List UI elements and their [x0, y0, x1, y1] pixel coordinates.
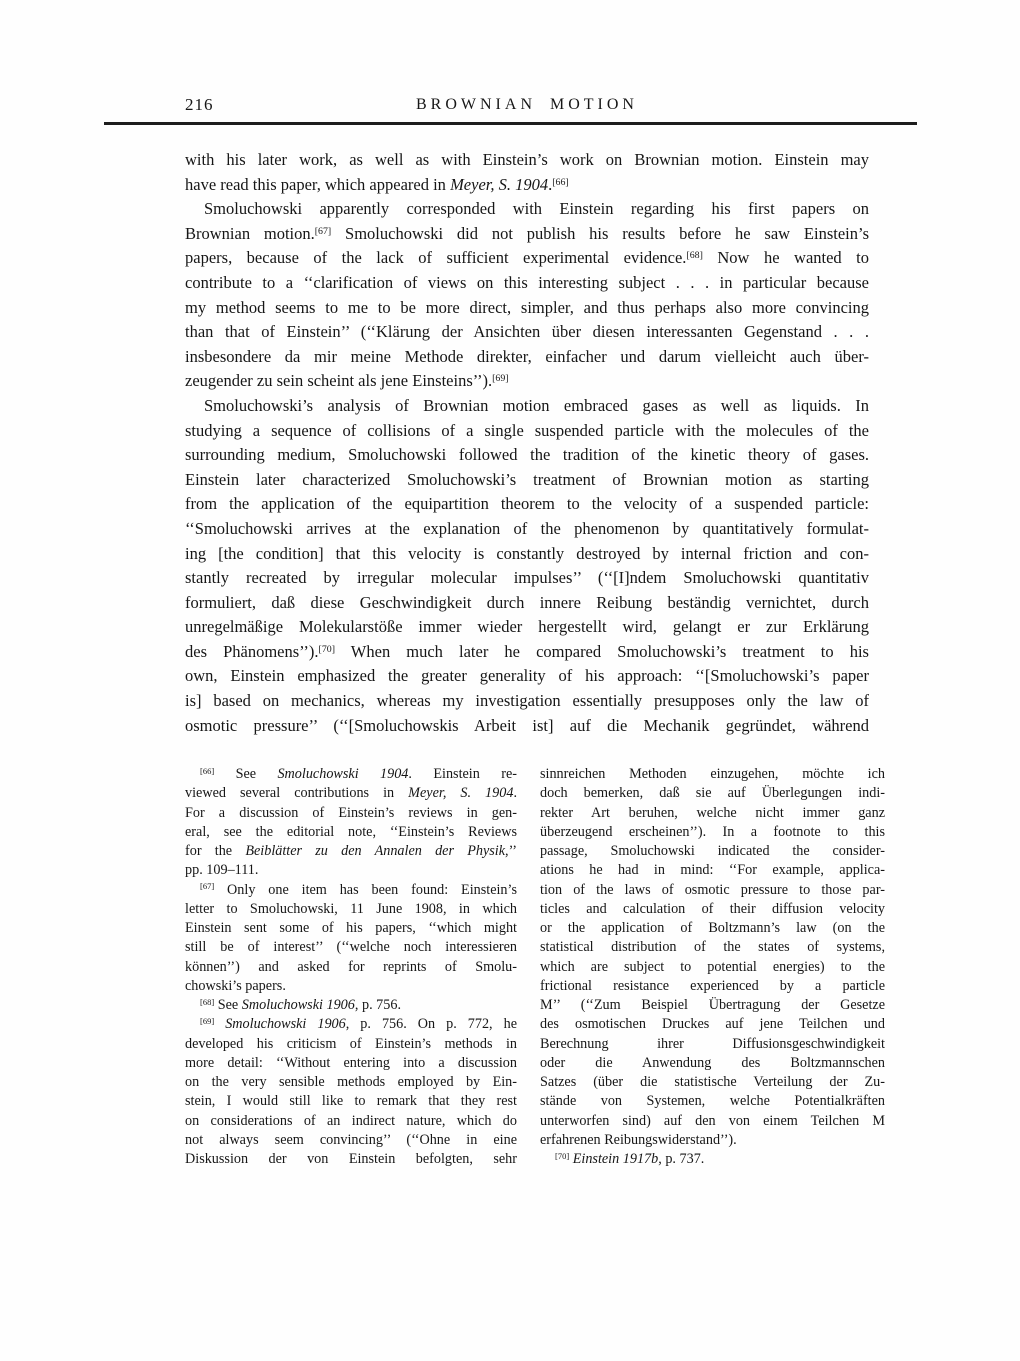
text-segment: überzeugend erscheinen’’). In a footnote… — [540, 824, 885, 840]
text-line: erfahrenen Reibungswiderstand’’). — [540, 1131, 885, 1150]
text-segment: , p. 737. — [658, 1151, 704, 1167]
text-segment: sinnreichen Methoden einzugehen, möchte … — [540, 766, 885, 782]
text-line: Einstein sent some of his papers, ‘‘whic… — [185, 919, 517, 938]
text-line: passage, Smoluchowski indicated the cons… — [540, 842, 885, 861]
text-line: on considerations of an indirect nature,… — [185, 1112, 517, 1131]
book-page: 216 BROWNIAN MOTION with his later work,… — [0, 0, 1020, 1361]
text-segment: When much later he compared Smoluchowski… — [335, 642, 869, 661]
text-segment: Diskussion der von Einstein befolgten, s… — [185, 1151, 517, 1167]
text-segment: not always seem convincing’’ (‘‘Ohne in … — [185, 1132, 517, 1148]
text-segment: erfahrenen Reibungswiderstand’’). — [540, 1132, 737, 1148]
text-segment: from the application of the equipartitio… — [185, 494, 869, 513]
text-line: viewed several contributions in Meyer, S… — [185, 784, 517, 803]
text-line: For a discussion of Einstein’s reviews i… — [185, 804, 517, 823]
text-line: Smoluchowski’s analysis of Brownian moti… — [185, 394, 869, 419]
text-segment: , p. 756. On p. 772, he — [346, 1016, 517, 1032]
text-segment: Smoluchowski apparently corresponded wit… — [204, 199, 869, 218]
paragraph: Smoluchowski’s analysis of Brownian moti… — [185, 394, 869, 738]
text-segment: with his later work, as well as with Ein… — [185, 150, 869, 169]
text-segment: M’’ (‘‘Zum Beispiel Übertragung der Gese… — [540, 997, 885, 1013]
text-line: pp. 109–111. — [185, 861, 517, 880]
header-rule — [104, 122, 917, 125]
text-line: ing [the condition] that this velocity i… — [185, 542, 869, 567]
text-segment: , p. 756. — [355, 997, 401, 1013]
text-line: than that of Einstein’’ (‘‘Klärung der A… — [185, 320, 869, 345]
text-segment: stein, I would still like to remark that… — [185, 1093, 517, 1109]
text-segment: studying a sequence of collisions of a s… — [185, 421, 869, 440]
text-segment: Einstein sent some of his papers, ‘‘whic… — [185, 920, 517, 936]
text-segment: still be of interest’’ (‘‘welche noch in… — [185, 939, 517, 955]
text-line: frictional resistance experienced by a p… — [540, 977, 885, 996]
text-line: doch bemerken, daß sie auf Überlegungen … — [540, 784, 885, 803]
text-segment: For a discussion of Einstein’s reviews i… — [185, 805, 517, 821]
footnote-marker: [70] — [319, 644, 335, 655]
text-segment: surrounding medium, Smoluchowski followe… — [185, 445, 869, 464]
text-line: osmotic pressure’’ (‘‘[Smoluchowskis Arb… — [185, 714, 869, 739]
text-segment: developed his criticism of Einstein’s me… — [185, 1036, 517, 1052]
text-segment: have read this paper, which appeared in — [185, 175, 450, 194]
text-line: still be of interest’’ (‘‘welche noch in… — [185, 938, 517, 957]
text-line: contribute to a ‘‘clarification of views… — [185, 271, 869, 296]
text-segment: See — [214, 997, 242, 1013]
text-line: ticles and calculation of their diffusio… — [540, 900, 885, 919]
text-line: [68] See Smoluchowski 1906, p. 756. — [185, 996, 517, 1015]
text-segment: own, Einstein emphasized the greater gen… — [185, 666, 869, 685]
footnote-column-left: [66] See Smoluchowski 1904. Einstein re-… — [185, 765, 517, 1169]
text-segment: Only one item has been found: Einstein’s — [214, 882, 517, 898]
text-segment: on considerations of an indirect nature,… — [185, 1113, 517, 1129]
text-segment: können’’) and asked for reprints of Smol… — [185, 959, 517, 975]
footnote-marker: [70] — [555, 1151, 569, 1161]
text-line: ‘‘Smoluchowski arrives at the explanatio… — [185, 517, 869, 542]
text-segment: Smoluchowski’s analysis of Brownian moti… — [204, 396, 869, 415]
text-line: papers, because of the lack of sufficien… — [185, 246, 869, 271]
text-line: Einstein later characterized Smoluchowsk… — [185, 468, 869, 493]
italic-citation: Einstein 1917b — [573, 1151, 659, 1167]
text-segment: papers, because of the lack of sufficien… — [185, 248, 686, 267]
text-segment: doch bemerken, daß sie auf Überlegungen … — [540, 785, 885, 801]
text-segment: oder die Anwendung des Boltzmannschen — [540, 1055, 885, 1071]
text-line: unregelmäßige Molekularstöße immer wiede… — [185, 615, 869, 640]
text-segment: ations he had in mind: ‘‘For example, ap… — [540, 862, 885, 878]
text-line: own, Einstein emphasized the greater gen… — [185, 664, 869, 689]
text-segment: Berechnung ihrer Diffusionsgeschwindigke… — [540, 1036, 885, 1052]
footnote-column-right: sinnreichen Methoden einzugehen, möchte … — [540, 765, 885, 1169]
text-line: stantly recreated by irregular molecular… — [185, 566, 869, 591]
text-line: developed his criticism of Einstein’s me… — [185, 1035, 517, 1054]
text-line: not always seem convincing’’ (‘‘Ohne in … — [185, 1131, 517, 1150]
text-segment: zeugender zu sein scheint als jene Einst… — [185, 371, 492, 390]
text-segment: chowski’s papers. — [185, 978, 286, 994]
text-line: stein, I would still like to remark that… — [185, 1092, 517, 1111]
text-line: more detail: ‘‘Without entering into a d… — [185, 1054, 517, 1073]
text-line: my method seems to me to be more direct,… — [185, 296, 869, 321]
text-line: tion of the laws of osmotic pressure to … — [540, 881, 885, 900]
text-segment: passage, Smoluchowski indicated the cons… — [540, 843, 885, 859]
text-line: [66] See Smoluchowski 1904. Einstein re- — [185, 765, 517, 784]
text-segment: letter to Smoluchowski, 11 June 1908, in… — [185, 901, 517, 917]
paragraph: Smoluchowski apparently corresponded wit… — [185, 197, 869, 394]
text-line: Berechnung ihrer Diffusionsgeschwindigke… — [540, 1035, 885, 1054]
footnote-marker: [69] — [492, 373, 508, 384]
text-segment: des Phänomens’’). — [185, 642, 319, 661]
footnote-marker: [67] — [200, 881, 214, 891]
text-segment: ,’’ — [505, 843, 517, 859]
text-segment: which are subject to potential energies)… — [540, 959, 885, 975]
text-line: [67] Only one item has been found: Einst… — [185, 881, 517, 900]
text-segment: formuliert, daß diese Geschwindigkeit du… — [185, 593, 869, 612]
text-segment: . — [513, 785, 517, 801]
text-segment: des osmotischen Druckes auf jene Teilche… — [540, 1016, 885, 1032]
text-segment: pp. 109–111. — [185, 862, 258, 878]
text-segment: is] based on mechanics, whereas my inves… — [185, 691, 869, 710]
text-line: Diskussion der von Einstein befolgten, s… — [185, 1150, 517, 1169]
text-segment: viewed several contributions in — [185, 785, 408, 801]
text-line: überzeugend erscheinen’’). In a footnote… — [540, 823, 885, 842]
text-segment — [214, 1016, 225, 1032]
text-segment: stände von Systemen, welche Potentialkrä… — [540, 1093, 885, 1109]
text-line: eral, see the editorial note, ‘‘Einstein… — [185, 823, 517, 842]
text-segment: Now he wanted to — [703, 248, 869, 267]
text-line: rekter Art beruhen, welche nicht immer g… — [540, 804, 885, 823]
text-segment: contribute to a ‘‘clarification of views… — [185, 273, 869, 292]
text-segment: more detail: ‘‘Without entering into a d… — [185, 1055, 517, 1071]
italic-citation: Meyer, S. 1904 — [450, 175, 548, 194]
text-segment: stantly recreated by irregular molecular… — [185, 568, 869, 587]
text-line: formuliert, daß diese Geschwindigkeit du… — [185, 591, 869, 616]
text-line: M’’ (‘‘Zum Beispiel Übertragung der Gese… — [540, 996, 885, 1015]
italic-citation: Smoluchowski 1906 — [242, 997, 355, 1013]
text-segment: eral, see the editorial note, ‘‘Einstein… — [185, 824, 517, 840]
footnote-marker: [67] — [315, 226, 331, 237]
text-segment: than that of Einstein’’ (‘‘Klärung der A… — [185, 322, 869, 341]
text-segment: rekter Art beruhen, welche nicht immer g… — [540, 805, 885, 821]
text-line: oder die Anwendung des Boltzmannschen — [540, 1054, 885, 1073]
text-line: des Phänomens’’).[70] When much later he… — [185, 640, 869, 665]
text-line: zeugender zu sein scheint als jene Einst… — [185, 369, 869, 394]
text-segment: on the very sensible methods employed by… — [185, 1074, 517, 1090]
footnote-marker: [68] — [200, 997, 214, 1007]
text-line: stände von Systemen, welche Potentialkrä… — [540, 1092, 885, 1111]
running-head: BROWNIAN MOTION — [185, 96, 869, 114]
italic-citation: Beiblätter zu den Annalen der Physik — [245, 843, 505, 859]
text-segment: statistical distribution of the states o… — [540, 939, 885, 955]
text-segment: frictional resistance experienced by a p… — [540, 978, 885, 994]
text-segment: for the — [185, 843, 245, 859]
text-segment: osmotic pressure’’ (‘‘[Smoluchowskis Arb… — [185, 716, 869, 735]
footnote-marker: [66] — [552, 177, 568, 188]
text-segment: Einstein later characterized Smoluchowsk… — [185, 470, 869, 489]
text-line: chowski’s papers. — [185, 977, 517, 996]
italic-citation: Smoluchowski 1904 — [277, 766, 408, 782]
text-segment: insbesondere da mir meine Methode direkt… — [185, 347, 869, 366]
text-line: with his later work, as well as with Ein… — [185, 148, 869, 173]
text-line: [69] Smoluchowski 1906, p. 756. On p. 77… — [185, 1015, 517, 1034]
text-line: ations he had in mind: ‘‘For example, ap… — [540, 861, 885, 880]
text-segment: my method seems to me to be more direct,… — [185, 298, 869, 317]
text-segment: tion of the laws of osmotic pressure to … — [540, 882, 885, 898]
text-line: from the application of the equipartitio… — [185, 492, 869, 517]
italic-citation: Smoluchowski 1906 — [225, 1016, 346, 1032]
text-line: studying a sequence of collisions of a s… — [185, 419, 869, 444]
text-line: is] based on mechanics, whereas my inves… — [185, 689, 869, 714]
text-segment: ticles and calculation of their diffusio… — [540, 901, 885, 917]
text-segment: unregelmäßige Molekularstöße immer wiede… — [185, 617, 869, 636]
text-line: Smoluchowski apparently corresponded wit… — [185, 197, 869, 222]
text-line: statistical distribution of the states o… — [540, 938, 885, 957]
text-segment: ing [the condition] that this velocity i… — [185, 544, 869, 563]
text-line: have read this paper, which appeared in … — [185, 173, 869, 198]
text-line: können’’) and asked for reprints of Smol… — [185, 958, 517, 977]
footnote-marker: [68] — [686, 250, 702, 261]
text-line: letter to Smoluchowski, 11 June 1908, in… — [185, 900, 517, 919]
text-line: Satzes (über die statistische Verteilung… — [540, 1073, 885, 1092]
text-line: Brownian motion.[67] Smoluchowski did no… — [185, 222, 869, 247]
footnote-marker: [69] — [200, 1016, 214, 1026]
footnote-marker: [66] — [200, 766, 214, 776]
text-line: for the Beiblätter zu den Annalen der Ph… — [185, 842, 517, 861]
text-segment: ‘‘Smoluchowski arrives at the explanatio… — [185, 519, 869, 538]
text-segment: unterworfen sind) auf den von einem Teil… — [540, 1113, 885, 1129]
text-line: surrounding medium, Smoluchowski followe… — [185, 443, 869, 468]
text-segment: See — [214, 766, 277, 782]
text-line: which are subject to potential energies)… — [540, 958, 885, 977]
body-text: with his later work, as well as with Ein… — [185, 148, 869, 738]
italic-citation: Meyer, S. 1904 — [408, 785, 513, 801]
text-segment: . Einstein re- — [408, 766, 517, 782]
text-line: on the very sensible methods employed by… — [185, 1073, 517, 1092]
text-line: des osmotischen Druckes auf jene Teilche… — [540, 1015, 885, 1034]
text-segment: Smoluchowski did not publish his results… — [331, 224, 869, 243]
text-segment: or the application of Boltzmann’s law (o… — [540, 920, 885, 936]
text-line: sinnreichen Methoden einzugehen, möchte … — [540, 765, 885, 784]
page-header: 216 BROWNIAN MOTION — [185, 95, 869, 119]
paragraph: with his later work, as well as with Ein… — [185, 148, 869, 197]
text-segment: Brownian motion. — [185, 224, 315, 243]
text-line: insbesondere da mir meine Methode direkt… — [185, 345, 869, 370]
text-line: or the application of Boltzmann’s law (o… — [540, 919, 885, 938]
text-line: [70] Einstein 1917b, p. 737. — [540, 1150, 885, 1169]
text-segment: Satzes (über die statistische Verteilung… — [540, 1074, 885, 1090]
text-line: unterworfen sind) auf den von einem Teil… — [540, 1112, 885, 1131]
